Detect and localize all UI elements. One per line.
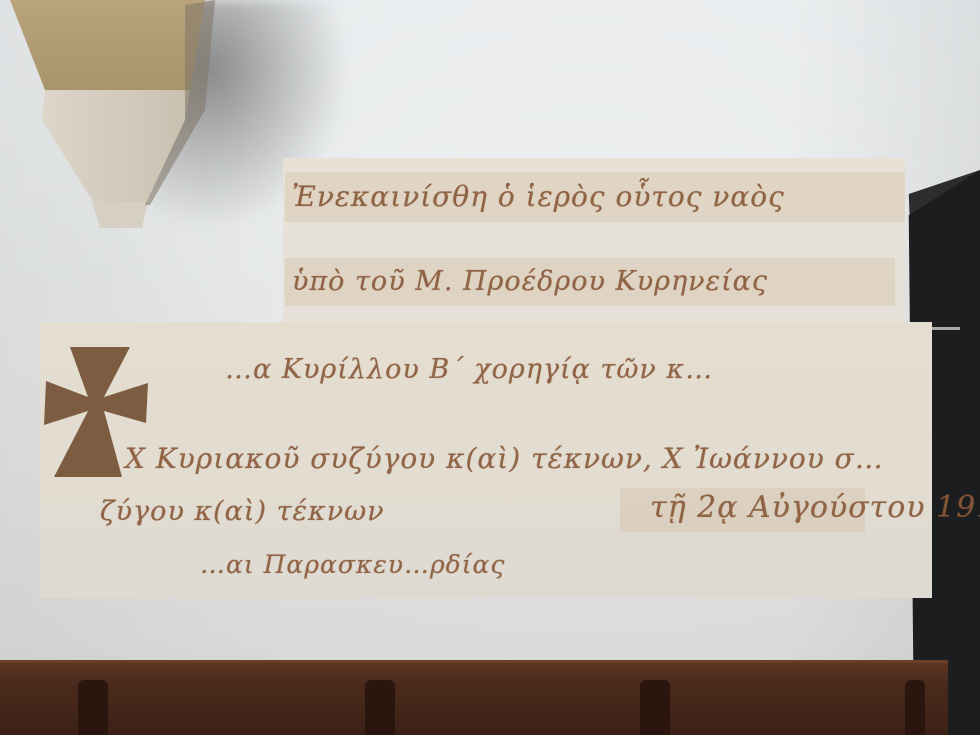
inscription-line-2: ὑπὸ τοῦ Μ. Προέδρου Κυρηνείας	[292, 266, 768, 297]
photo-scene: Ἐνεκαινίσθη ὁ ἱερὸς οὗτος ναὸς ὑπὸ τοῦ Μ…	[0, 0, 980, 735]
pew-post	[640, 680, 670, 735]
inscription-line-6: …αι Παρασκευ…ρδίας	[200, 550, 505, 579]
inscription-date: τῇ 2ᾳ Αὐγούστου 1913	[650, 490, 980, 525]
pew-post	[905, 680, 925, 735]
pew-post	[365, 680, 395, 735]
inscription-line-4: Χ Κυριακοῦ συζύγου κ(αὶ) τέκνων, Χ Ἰωάνν…	[125, 442, 884, 475]
inscription-line-3: …α Κυρίλλου Β΄ χορηγίᾳ τῶν κ…	[225, 354, 713, 385]
inscription-line-5: ζύγου κ(αὶ) τέκνων	[100, 496, 385, 527]
stone-corbel	[0, 0, 240, 235]
wooden-pew	[0, 660, 948, 735]
inscription-line-1: Ἐνεκαινίσθη ὁ ἱερὸς οὗτος ναὸς	[292, 180, 785, 213]
pew-post	[78, 680, 108, 735]
